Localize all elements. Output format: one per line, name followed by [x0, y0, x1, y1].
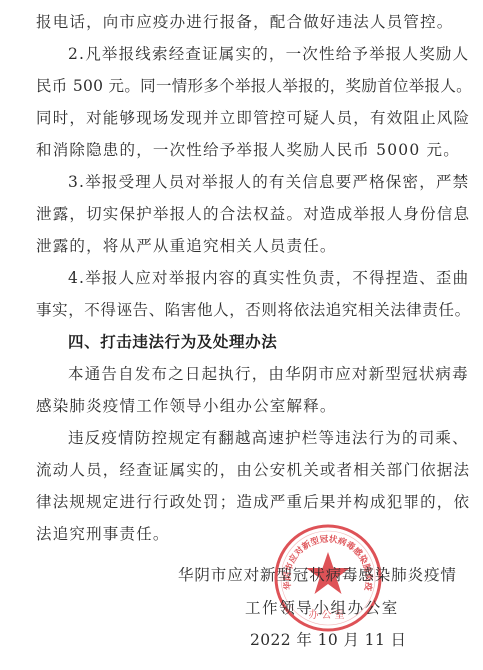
paragraph-line: 泄露的，将从严从重追究相关人员责任。: [36, 236, 337, 256]
paragraph-line: 法追究刑事责任。: [36, 524, 170, 544]
paragraph-line: 事实，不得诬告、陷害他人，否则将依法追究相关法律责任。: [36, 300, 471, 320]
signature-date: 2022 年 10 月 11 日: [250, 630, 406, 650]
paragraph-line: 违反疫情防控规定有翻越高速护栏等违法行为的司乘、: [68, 428, 469, 448]
paragraph-line: 3.举报受理人员对举报人的有关信息要严格保密，严禁: [68, 172, 469, 192]
section-heading: 四、打击违法行为及处理办法: [68, 332, 277, 352]
paragraph-line: 泄露，切实保护举报人的合法权益。对造成举报人身份信息: [36, 204, 470, 224]
paragraph-line: 2.凡举报线索经查证属实的，一次性给予举报人奖励人: [68, 44, 469, 64]
paragraph-line: 报电话，向市应疫办进行报备，配合做好违法人员管控。: [36, 12, 454, 32]
signature-organization-line2: 工作领导小组办公室: [245, 598, 399, 618]
paragraph-line: 和消除隐患的，一次性给予举报人奖励人民币 5000 元。: [36, 140, 460, 160]
paragraph-line: 同时，对能够现场发现并立即管控可疑人员，有效阻止风险: [36, 108, 470, 128]
paragraph-line: 律法规规定进行行政处罚；造成严重后果并构成犯罪的，依: [36, 492, 470, 512]
signature-organization: 华阴市应对新型冠状病毒感染肺炎疫情: [178, 565, 457, 585]
paragraph-line: 民币 500 元。同一情形多个举报人举报的，奖励首位举报人。: [36, 76, 472, 96]
paragraph-line: 4.举报人应对举报内容的真实性负责，不得捏造、歪曲: [68, 268, 469, 288]
paragraph-line: 本通告自发布之日起执行，由华阴市应对新型冠状病毒: [68, 364, 469, 384]
paragraph-line: 流动人员，经查证属实的，由公安机关或者相关部门依据法: [36, 460, 470, 480]
document-page: 报电话，向市应疫办进行报备，配合做好违法人员管控。 2.凡举报线索经查证属实的，…: [0, 0, 483, 670]
paragraph-line: 感染肺炎疫情工作领导小组办公室解释。: [36, 396, 337, 416]
